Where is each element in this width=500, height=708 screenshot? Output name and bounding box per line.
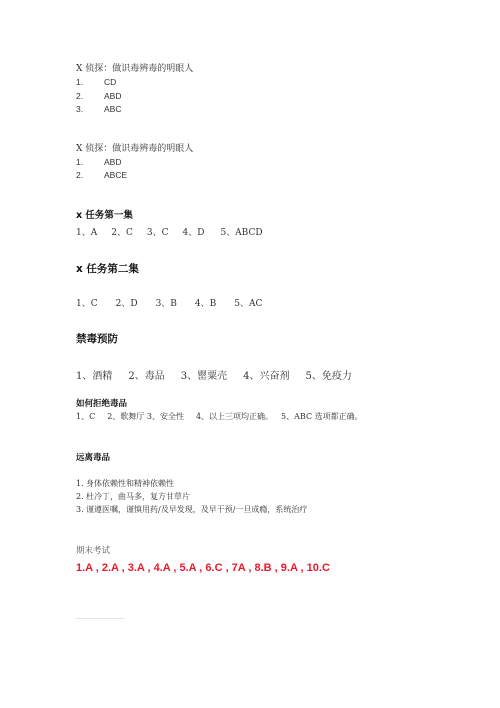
section2-title: X 侦探：做识毒辨毒的明眼人 bbox=[76, 141, 193, 154]
section1-title: X 侦探：做识毒辨毒的明眼人 bbox=[76, 61, 193, 74]
list-item: 2.ABD bbox=[76, 91, 121, 101]
section8-title: 期末考试 bbox=[76, 544, 110, 556]
section4-title: x 任务第二集 bbox=[76, 261, 139, 276]
section3-title: x 任务第一集 bbox=[76, 207, 133, 221]
section7-title: 远离毒品 bbox=[76, 451, 110, 463]
section5-answers: 1、酒精2、毒品3、罂粟壳4、兴奋剂5、免疫力 bbox=[76, 367, 366, 382]
list-item: 2.ABCE bbox=[76, 170, 127, 180]
list-item: 1.ABD bbox=[76, 157, 121, 167]
list-item: 2.杜冷丁，曲马多，复方甘草片 bbox=[76, 491, 190, 502]
list-item: 3.谨遵医嘱，谨慎用药/及早发现，及早干预/一旦成瘾，系统治疗 bbox=[76, 504, 307, 515]
list-item: 1.身体依赖性和精神依赖性 bbox=[76, 478, 174, 489]
final-exam-answers: 1.A , 2.A , 3.A , 4.A , 5.A , 6.C , 7A ,… bbox=[76, 562, 330, 574]
section6-answers: 1、C2、歌舞厅 3、安全性4、以上三项均正确。5、ABC 选项都正确。 bbox=[76, 411, 363, 422]
section4-answers: 1、C2、D3、B4、B5、AC bbox=[76, 296, 276, 309]
section6-title: 如何拒绝毒品 bbox=[76, 397, 127, 409]
section5-title: 禁毒预防 bbox=[76, 331, 118, 346]
divider-line bbox=[76, 618, 124, 619]
list-item: 3.ABC bbox=[76, 104, 121, 114]
list-item: 1.CD bbox=[76, 77, 116, 87]
section3-answers: 1、A2、C3、C4、D5、ABCD bbox=[76, 225, 277, 238]
